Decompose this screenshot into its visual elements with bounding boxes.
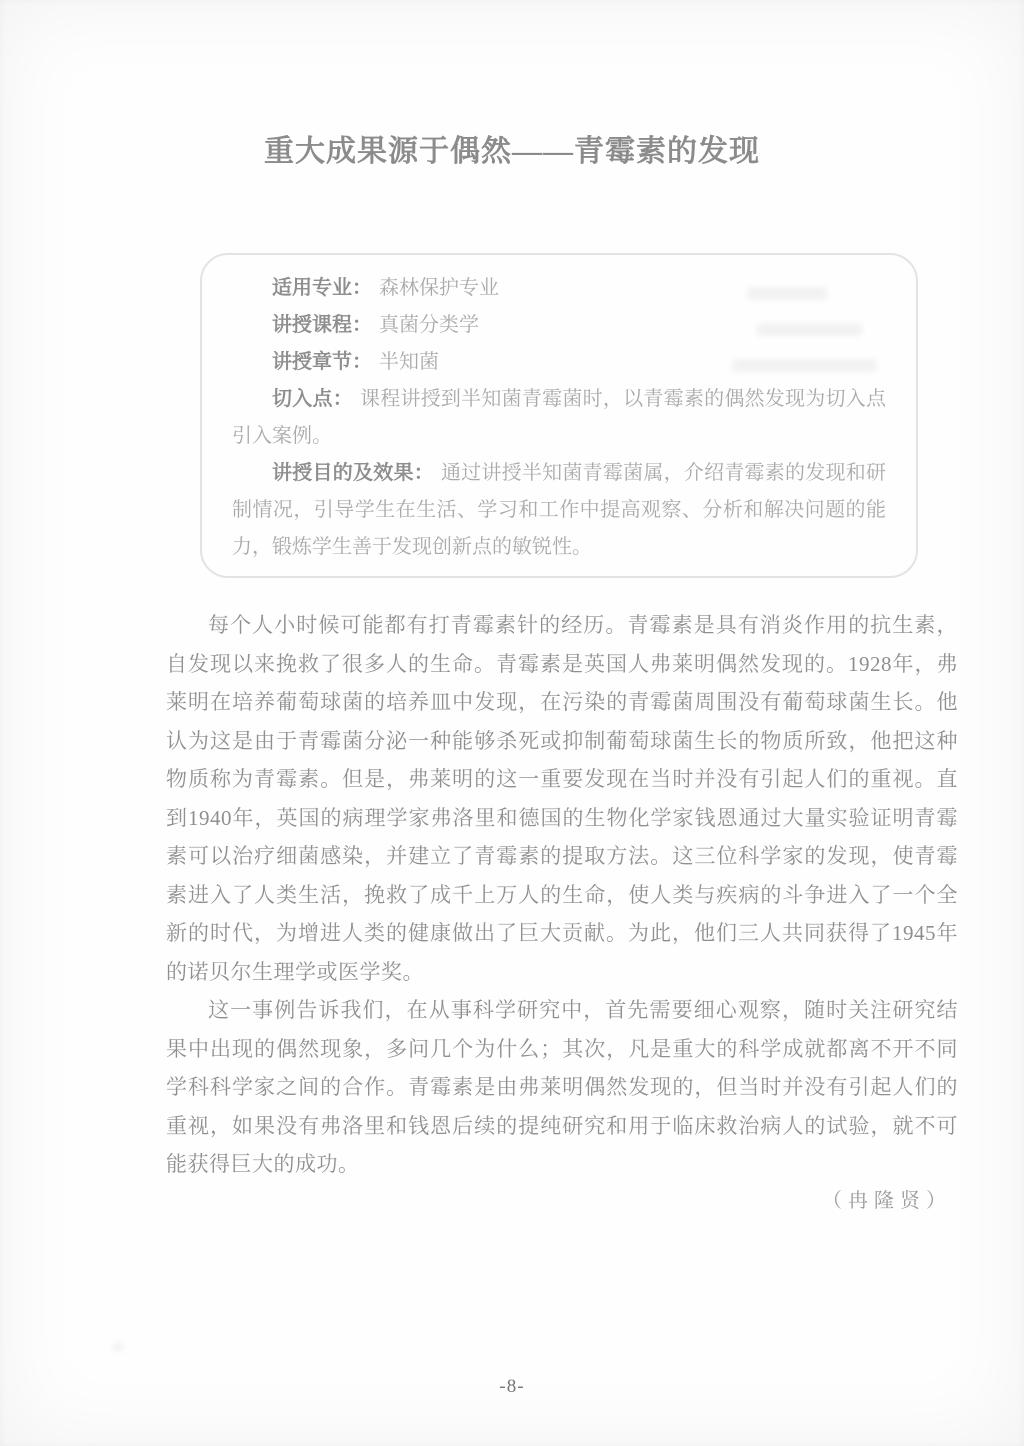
field-value: 半知菌	[379, 351, 439, 373]
page-title: 重大成果源于偶然——青霉素的发现	[0, 126, 1024, 170]
field-label: 讲授目的及效果：	[272, 462, 434, 484]
field-entry-point: 切入点：课程讲授到半知菌青霉菌时，以青霉素的偶然发现为切入点引入案例。	[232, 381, 886, 455]
field-teaching-purpose: 讲授目的及效果：通过讲授半知菌青霉菌属，介绍青霉素的发现和研制情况，引导学生在生…	[232, 455, 886, 566]
field-course: 讲授课程：真菌分类学	[232, 307, 886, 344]
field-label: 讲授课程：	[272, 314, 372, 336]
body-paragraph-1: 每个人小时候可能都有打青霉素针的经历。青霉素是具有消炎作用的抗生素，自发现以来挽…	[166, 606, 958, 991]
article-body: 每个人小时候可能都有打青霉素针的经历。青霉素是具有消炎作用的抗生素，自发现以来挽…	[166, 606, 958, 1184]
scan-smudge-artifact	[113, 1342, 123, 1352]
field-chapter: 讲授章节：半知菌	[232, 344, 886, 381]
body-paragraph-2: 这一事例告诉我们，在从事科学研究中，首先需要细心观察，随时关注研究结果中出现的偶…	[166, 991, 958, 1184]
author-signature: （冉隆贤）	[822, 1184, 952, 1213]
field-value: 真菌分类学	[379, 314, 479, 336]
case-info-box: 适用专业：森林保护专业 讲授课程：真菌分类学 讲授章节：半知菌 切入点：课程讲授…	[200, 253, 918, 578]
field-label: 切入点：	[272, 388, 353, 410]
page-number: -8-	[0, 1376, 1024, 1398]
field-label: 适用专业：	[272, 277, 372, 299]
document-page: 重大成果源于偶然——青霉素的发现 适用专业：森林保护专业 讲授课程：真菌分类学 …	[0, 0, 1024, 1446]
field-applicable-major: 适用专业：森林保护专业	[232, 270, 886, 307]
field-label: 讲授章节：	[272, 351, 372, 373]
field-value: 森林保护专业	[379, 277, 499, 299]
